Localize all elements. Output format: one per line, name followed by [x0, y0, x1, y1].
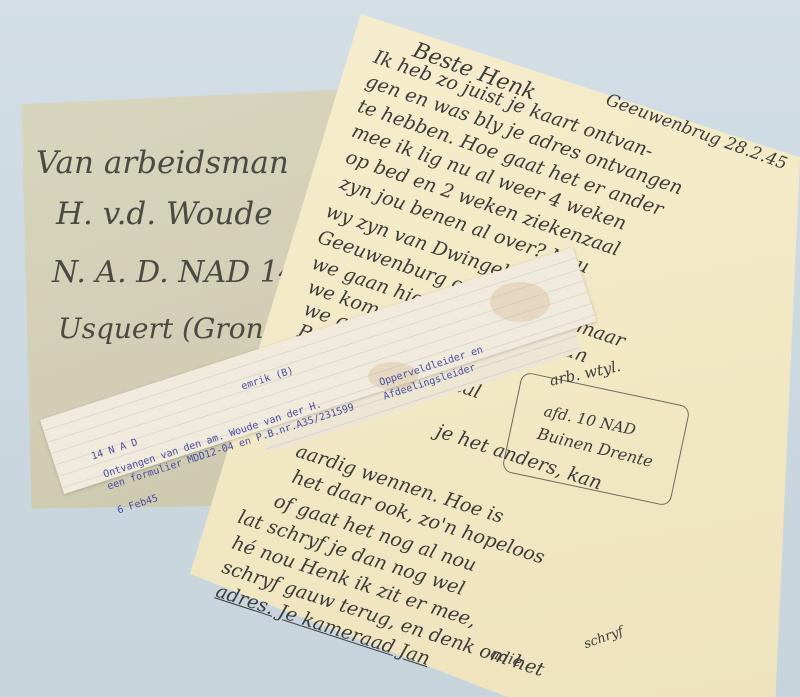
envelope-name-line: H. v.d. Woude — [56, 196, 273, 232]
envelope-place-line: Usquert (Gron — [58, 312, 264, 345]
paper-stain — [490, 282, 550, 322]
envelope-sender-line: Van arbeidsman — [36, 145, 289, 181]
